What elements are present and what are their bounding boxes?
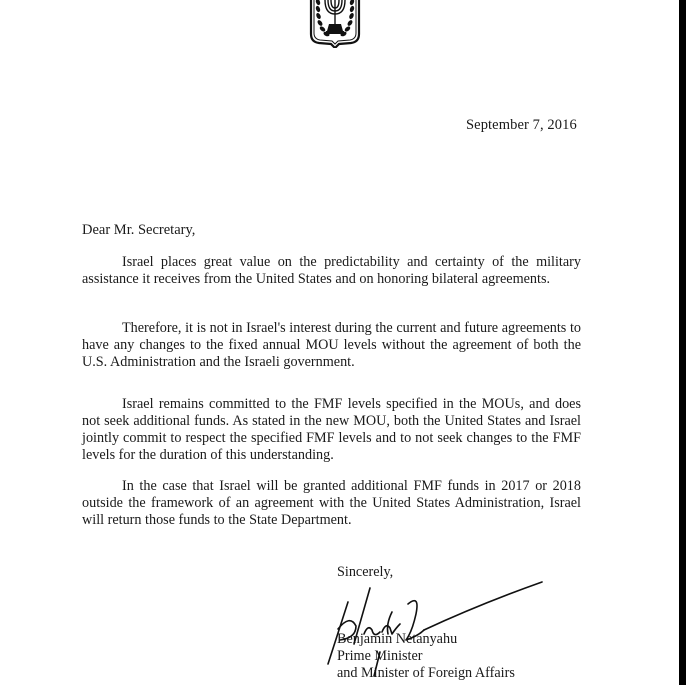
signature-block: Benjamin Netanyahu Prime Minister and Mi… bbox=[337, 631, 515, 682]
body-paragraph: Therefore, it is not in Israel's interes… bbox=[82, 320, 581, 371]
scan-edge-bar bbox=[679, 0, 686, 685]
signatory-name: Benjamin Netanyahu bbox=[337, 631, 515, 648]
salutation: Dear Mr. Secretary, bbox=[82, 222, 195, 239]
signatory-title: Prime Minister bbox=[337, 648, 515, 665]
body-paragraph: In the case that Israel will be granted … bbox=[82, 478, 581, 529]
body-paragraph: Israel places great value on the predict… bbox=[82, 254, 581, 288]
state-emblem-icon bbox=[307, 0, 363, 48]
letter-date: September 7, 2016 bbox=[466, 117, 577, 134]
body-paragraph: Israel remains committed to the FMF leve… bbox=[82, 396, 581, 464]
signatory-title-2: and Minister of Foreign Affairs bbox=[337, 665, 515, 682]
closing: Sincerely, bbox=[337, 564, 393, 581]
letter-page: September 7, 2016 Dear Mr. Secretary, Is… bbox=[0, 0, 679, 685]
